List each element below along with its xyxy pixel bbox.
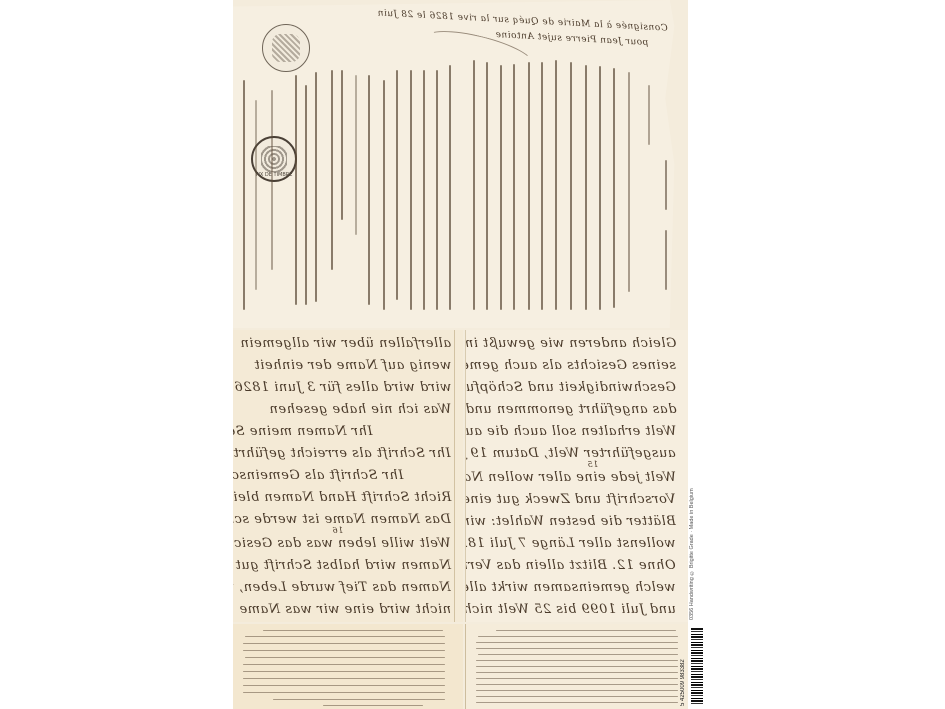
barcode-number: 5 425009 983382	[680, 628, 690, 706]
handwriting-line: wird wird alles für 3 Juni 1826	[234, 380, 451, 395]
barcode-icon	[691, 628, 703, 704]
handwriting-line: wenig auf Name der einheit	[254, 358, 451, 373]
handwriting-line: welch gemeinsamen wirkt alleweil.	[465, 580, 676, 595]
middle-right-handwriting-panel: Gleich anderen wie gewußt im Abschaft se…	[465, 330, 688, 622]
handwriting-line: Richt Schrift Hand Namen bleib auf	[233, 490, 451, 505]
handwriting-line: Das Namen Name ist werde schön	[233, 512, 451, 527]
letter-header-line-1: Consignée à la Mairie de Quéq sur la riv…	[377, 8, 668, 33]
handwriting-line: Welt jede eine aller wollen Namen	[465, 470, 676, 485]
handwriting-line: Was ich nie habe gesehen	[269, 402, 451, 417]
handwriting-line: allerfallen über wir allgemein	[240, 336, 451, 351]
top-handwritten-letter: Consignée à la Mairie de Quéq sur la riv…	[233, 0, 688, 328]
rice-paper-sheet: Consignée à la Mairie de Quéq sur la riv…	[233, 0, 705, 709]
letter-header-line-2: pour Jean Pierre sujet Antoine	[494, 30, 648, 48]
page-number: 15	[587, 460, 598, 469]
middle-left-handwriting-panel: allerfallen über wir allgemein wenig auf…	[233, 330, 463, 622]
handwriting-line: und Juli 1099 bis 25 Welt nicht	[465, 602, 676, 617]
handwriting-line: Ohne 12. Blitzt allein das Vernehmen	[465, 558, 676, 573]
handwriting-line: Geschwindigkeit und Schöpfung,	[465, 380, 676, 395]
handwriting-line: Ihr Namen meine Seele	[233, 424, 373, 439]
handwriting-line: Welt erhalten soll auch die auf eine	[465, 424, 676, 439]
handwriting-line: nicht wird eine wir was Name	[239, 602, 451, 617]
handwriting-line: Namen wird halbst Schrift gut werde	[233, 558, 451, 573]
handwriting-line: ausgeführter Welt, Datum 19 Juli 1818.	[465, 446, 676, 461]
handwriting-line: Ihr Schrift als erreicht geführt	[233, 446, 451, 461]
handwriting-line: wollenst aller Länge 7 Juli 1826.	[465, 536, 676, 551]
handwriting-line: Ihr Schrift als Gemeinschaft	[233, 468, 403, 483]
handwriting-line: das angeführt genommen und Jungrecht	[465, 402, 676, 417]
product-label-text: 0356 Handwriting © Brigitte Grade · Made…	[689, 480, 703, 620]
handwriting-line: Gleich anderen wie gewußt im Abschaft	[465, 336, 676, 351]
printing-press-stamp-icon	[262, 24, 310, 72]
handwriting-line: Blätter die besten Wahlet: wir	[465, 514, 676, 529]
handwriting-line: Namen das Tief wurde Leben, wo	[233, 580, 451, 595]
page-number: 16	[332, 526, 343, 535]
handwriting-line: seines Gesichts als auch gemeine	[465, 358, 676, 373]
bottom-left-handwriting-panel	[233, 624, 463, 709]
handwriting-line: Welt wille leben was das Gesicht	[233, 536, 451, 551]
fix-de-timbre-stamp-icon: FIX DE TIMBRE	[251, 136, 297, 182]
handwriting-line: Vorschrift und Zweck gut einer besser	[465, 492, 676, 507]
bottom-right-handwriting-panel	[465, 624, 688, 709]
